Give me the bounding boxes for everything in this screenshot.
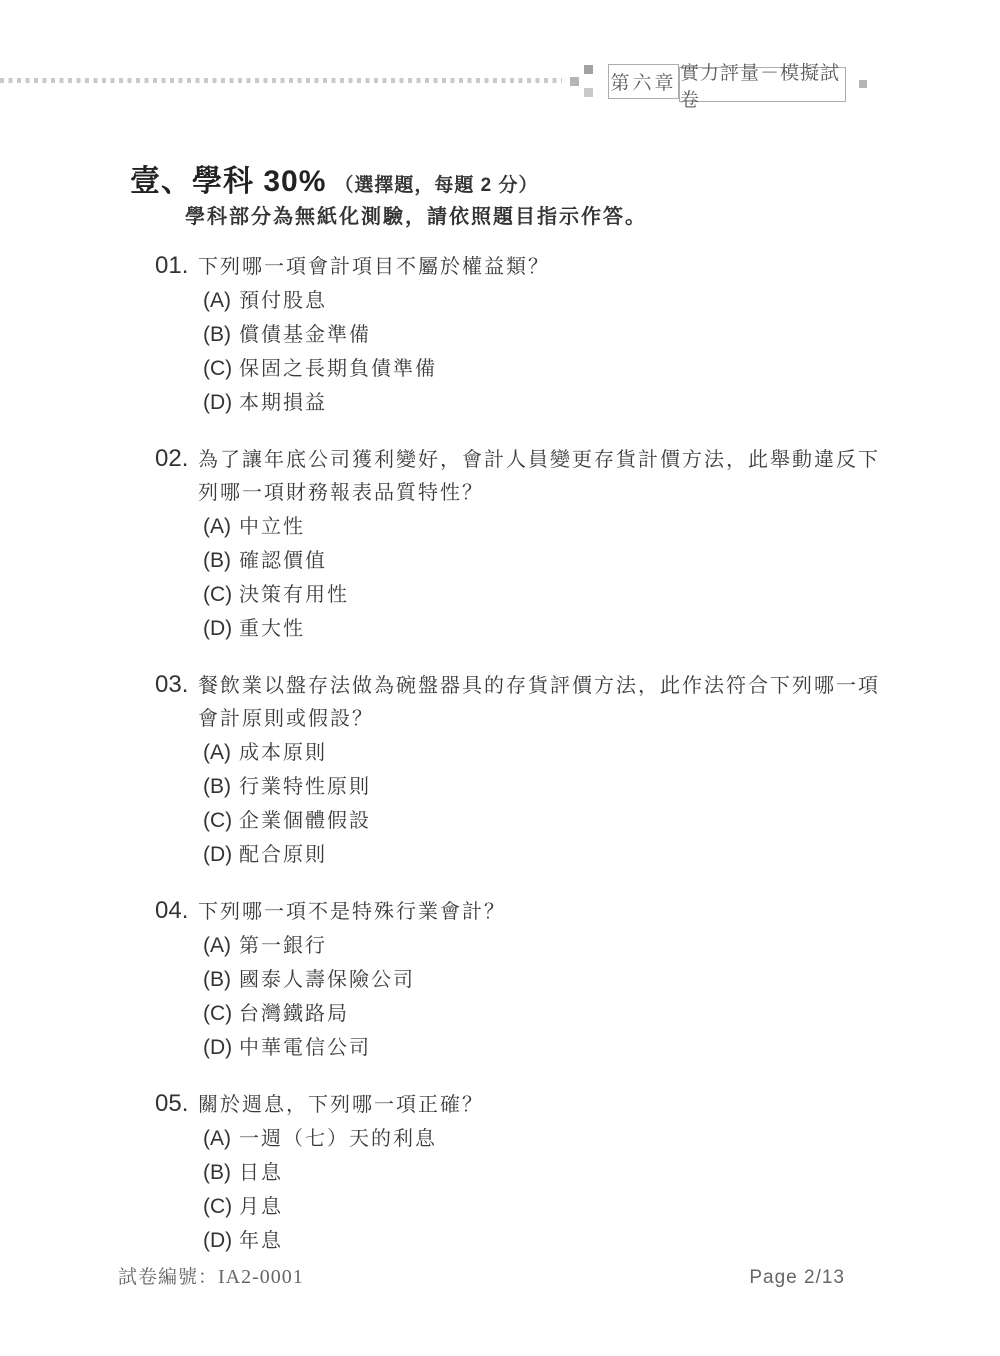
option-row: (B) 國泰人壽保險公司 <box>203 963 915 997</box>
section-title-note: （選擇題，每題 2 分） <box>334 170 538 197</box>
section-subtitle: 學科部分為無紙化測驗，請依照題目指示作答。 <box>185 200 647 229</box>
question-number: 05. <box>155 1087 198 1120</box>
option-row: (A) 成本原則 <box>203 736 915 770</box>
option-row: (A) 第一銀行 <box>203 929 915 963</box>
option-row: (D) 重大性 <box>203 612 915 646</box>
option-text: 重大性 <box>239 613 305 646</box>
option-label: (C) <box>203 352 239 385</box>
option-label: (D) <box>203 612 239 645</box>
question-row: 01. 下列哪一項會計項目不屬於權益類？ <box>155 249 915 284</box>
option-text: 企業個體假設 <box>239 805 371 838</box>
option-label: (D) <box>203 1224 239 1257</box>
question-number: 04. <box>155 894 198 927</box>
option-text: 確認價值 <box>239 545 327 578</box>
option-label: (A) <box>203 929 239 962</box>
option-row: (C) 月息 <box>203 1190 915 1224</box>
option-label: (B) <box>203 544 239 577</box>
option-row: (A) 一週（七）天的利息 <box>203 1122 915 1156</box>
option-row: (B) 償債基金準備 <box>203 318 915 352</box>
option-row: (B) 行業特性原則 <box>203 770 915 804</box>
question-number: 03. <box>155 668 198 701</box>
option-text: 中立性 <box>239 511 305 544</box>
exam-code: 試卷編號： IA2-0001 <box>118 1262 304 1289</box>
option-text: 年息 <box>239 1225 283 1258</box>
option-row: (C) 台灣鐵路局 <box>203 997 915 1031</box>
option-row: (D) 配合原則 <box>203 838 915 872</box>
option-label: (B) <box>203 963 239 996</box>
option-text: 成本原則 <box>239 737 327 770</box>
question-text: 下列哪一項會計項目不屬於權益類？ <box>198 251 890 284</box>
chapter-label: 第六章 <box>610 68 676 95</box>
option-text: 償債基金準備 <box>239 319 371 352</box>
option-row: (C) 保固之長期負債準備 <box>203 352 915 386</box>
option-row: (C) 企業個體假設 <box>203 804 915 838</box>
option-text: 本期損益 <box>239 387 327 420</box>
question-list: 01. 下列哪一項會計項目不屬於權益類？ (A) 預付股息 (B) 償債基金準備… <box>155 249 915 1280</box>
option-row: (B) 日息 <box>203 1156 915 1190</box>
question-row: 04. 下列哪一項不是特殊行業會計？ <box>155 894 915 929</box>
decorative-square <box>859 80 867 88</box>
option-text: 國泰人壽保險公司 <box>239 964 415 997</box>
page-footer: 試卷編號： IA2-0001 Page 2/13 <box>118 1262 845 1289</box>
option-text: 保固之長期負債準備 <box>239 353 437 386</box>
option-text: 中華電信公司 <box>239 1032 371 1065</box>
question-text: 下列哪一項不是特殊行業會計？ <box>198 896 890 929</box>
option-row: (A) 中立性 <box>203 510 915 544</box>
question-text: 為了讓年底公司獲利變好，會計人員變更存貨計價方法，此舉動違反下列哪一項財務報表品… <box>198 444 890 510</box>
option-label: (A) <box>203 284 239 317</box>
exam-code-value: IA2-0001 <box>218 1266 304 1289</box>
section-label: 實力評量－模擬試卷 <box>680 58 845 112</box>
option-label: (C) <box>203 1190 239 1223</box>
question-item: 04. 下列哪一項不是特殊行業會計？ (A) 第一銀行 (B) 國泰人壽保險公司… <box>155 894 915 1065</box>
option-label: (B) <box>203 1156 239 1189</box>
question-item: 02. 為了讓年底公司獲利變好，會計人員變更存貨計價方法，此舉動違反下列哪一項財… <box>155 442 915 646</box>
option-label: (C) <box>203 804 239 837</box>
exam-code-label: 試卷編號： <box>118 1262 218 1289</box>
chapter-tab: 第六章 <box>608 64 679 99</box>
document-page: 第六章 實力評量－模擬試卷 壹、學科 30% （選擇題，每題 2 分） 學科部分… <box>0 0 1000 1356</box>
question-row: 02. 為了讓年底公司獲利變好，會計人員變更存貨計價方法，此舉動違反下列哪一項財… <box>155 442 915 510</box>
option-row: (B) 確認價值 <box>203 544 915 578</box>
option-row: (D) 中華電信公司 <box>203 1031 915 1065</box>
question-item: 01. 下列哪一項會計項目不屬於權益類？ (A) 預付股息 (B) 償債基金準備… <box>155 249 915 420</box>
option-label: (D) <box>203 1031 239 1064</box>
question-row: 05. 關於週息，下列哪一項正確？ <box>155 1087 915 1122</box>
option-label: (B) <box>203 770 239 803</box>
option-text: 配合原則 <box>239 839 327 872</box>
question-item: 05. 關於週息，下列哪一項正確？ (A) 一週（七）天的利息 (B) 日息 (… <box>155 1087 915 1258</box>
option-text: 行業特性原則 <box>239 771 371 804</box>
question-number: 02. <box>155 442 198 475</box>
question-text: 關於週息，下列哪一項正確？ <box>198 1089 890 1122</box>
option-label: (D) <box>203 838 239 871</box>
decorative-square <box>584 88 593 97</box>
option-text: 月息 <box>239 1191 283 1224</box>
decorative-square <box>570 77 579 86</box>
option-text: 第一銀行 <box>239 930 327 963</box>
option-label: (C) <box>203 997 239 1030</box>
option-label: (A) <box>203 510 239 543</box>
option-label: (A) <box>203 736 239 769</box>
page-number: Page 2/13 <box>749 1267 845 1289</box>
option-row: (A) 預付股息 <box>203 284 915 318</box>
question-text: 餐飲業以盤存法做為碗盤器具的存貨評價方法，此作法符合下列哪一項會計原則或假設？ <box>198 670 890 736</box>
question-number: 01. <box>155 249 198 282</box>
option-label: (A) <box>203 1122 239 1155</box>
decorative-square <box>584 65 593 74</box>
section-title-row: 壹、學科 30% （選擇題，每題 2 分） <box>130 156 539 200</box>
question-row: 03. 餐飲業以盤存法做為碗盤器具的存貨評價方法，此作法符合下列哪一項會計原則或… <box>155 668 915 736</box>
option-text: 台灣鐵路局 <box>239 998 349 1031</box>
option-label: (D) <box>203 386 239 419</box>
option-text: 日息 <box>239 1157 283 1190</box>
section-title: 壹、學科 30% <box>130 156 326 200</box>
option-label: (C) <box>203 578 239 611</box>
section-tab: 實力評量－模擬試卷 <box>679 67 846 102</box>
option-label: (B) <box>203 318 239 351</box>
option-text: 一週（七）天的利息 <box>239 1123 437 1156</box>
header-dotted-rule <box>0 78 562 83</box>
option-row: (C) 決策有用性 <box>203 578 915 612</box>
option-text: 預付股息 <box>239 285 327 318</box>
option-row: (D) 本期損益 <box>203 386 915 420</box>
option-row: (D) 年息 <box>203 1224 915 1258</box>
question-item: 03. 餐飲業以盤存法做為碗盤器具的存貨評價方法，此作法符合下列哪一項會計原則或… <box>155 668 915 872</box>
option-text: 決策有用性 <box>239 579 349 612</box>
